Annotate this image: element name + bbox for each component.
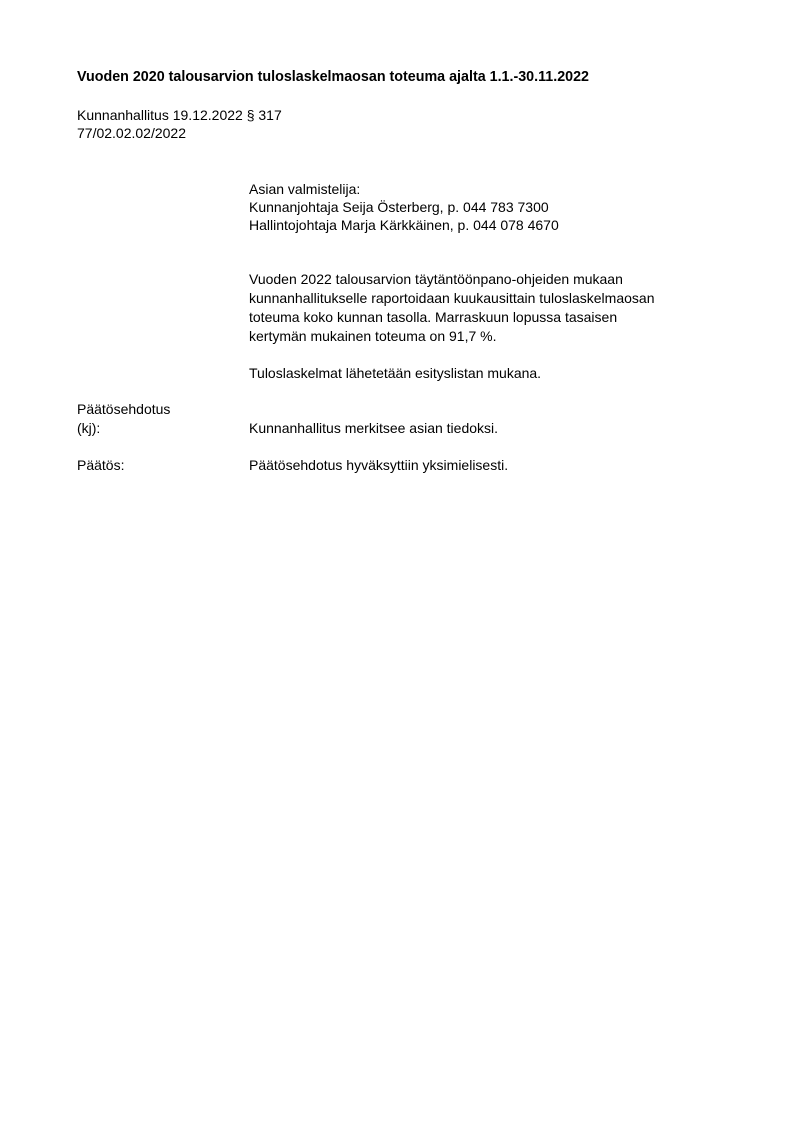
body-line: kunnanhallitukselle raportoidaan kuukaus…	[249, 289, 654, 307]
body-line: kertymän mukainen toteuma on 91,7 %.	[249, 327, 496, 345]
proposal-label-suffix: (kj):	[77, 419, 100, 437]
preparer-line: Hallintojohtaja Marja Kärkkäinen, p. 044…	[249, 216, 559, 234]
body-line: Tuloslaskelmat lähetetään esityslistan m…	[249, 364, 541, 382]
preparer-line: Kunnanjohtaja Seija Österberg, p. 044 78…	[249, 198, 549, 216]
document-page: Vuoden 2020 talousarvion tuloslaskelmaos…	[0, 0, 794, 1122]
decision-label: Päätös:	[77, 456, 124, 474]
preparers-heading: Asian valmistelija:	[249, 180, 360, 198]
meeting-reference: 77/02.02.02/2022	[77, 124, 186, 142]
body-line: toteuma koko kunnan tasolla. Marraskuun …	[249, 308, 617, 326]
meeting-body-and-date: Kunnanhallitus 19.12.2022 § 317	[77, 106, 282, 124]
body-line: Vuoden 2022 talousarvion täytäntöönpano-…	[249, 270, 623, 288]
document-title: Vuoden 2020 talousarvion tuloslaskelmaos…	[77, 68, 589, 86]
proposal-text: Kunnanhallitus merkitsee asian tiedoksi.	[249, 419, 498, 437]
decision-text: Päätösehdotus hyväksyttiin yksimielisest…	[249, 456, 508, 474]
proposal-label: Päätösehdotus	[77, 400, 170, 418]
